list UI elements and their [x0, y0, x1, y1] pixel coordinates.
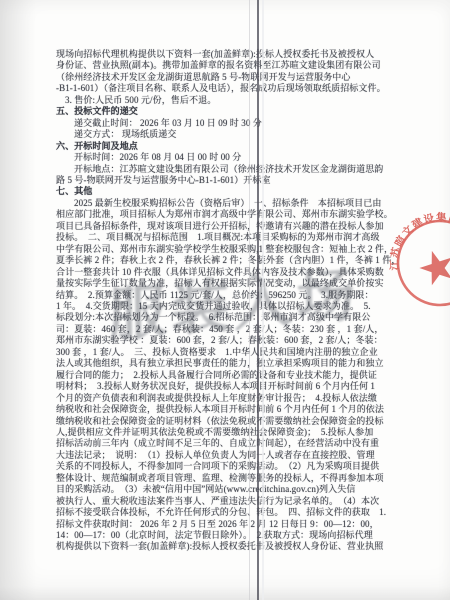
text-line: 机构提供以下资料一套(加盖鲜章):投标人授权委托书及被授权人身份证、营业执照: [56, 541, 424, 552]
text-line: 整体设计、规范编制或者项目管理、监理、检测等服务的投标人，不得再参加本项: [56, 473, 424, 484]
text-line: 相应部门批准，项目招标人为郑州市润才高级中学有限公司、郑州市东湖实验学校。: [56, 209, 424, 220]
text-line: 开标地点：江苏暄文建设集团有限公司（徐州经济技术开发区金龙湖街道思韵: [56, 164, 424, 175]
page-edge-shading-bottom: [0, 586, 450, 600]
text-line: 量按实际学生征订数量为准，招标人有权根据实际情况变动，以最终成交单价按实: [56, 278, 424, 289]
text-line: （徐州经济技术开发区金龙湖街道思航路 5 号-物联网开发与运营服务中心: [56, 72, 424, 83]
text-line: 项目已具备招标条件，现对该项目进行公开招标，特邀请有兴趣的潜在投标人参加: [56, 221, 424, 232]
text-line: 结算。 2.预算金额：人民币 1125 元/套/人，总价约：596250 元。 …: [56, 290, 424, 301]
text-line: 六、开标时间及地点: [56, 141, 424, 152]
text-line: 法人或其他组织，具有独立承担民事责任的能力，独立承担采购项目的能力和独立: [56, 358, 424, 369]
text-line: 夏季长裤 2 件；春秋上衣 2 件，春秋长裤 2 件；冬装外套（含内胆）1 件，…: [56, 255, 424, 266]
text-line: 1 年。 4.交货期限：15 天内完成交货并通过验收，具体以招标人要求为准。 5…: [56, 301, 424, 312]
text-line: 递交方式： 现场纸质递交: [56, 129, 424, 140]
text-line: 大违法记录； 说明： （1）投标人单位负责人为同一人或者存在直接控股、管理: [56, 450, 424, 461]
text-line: 五、投标文件的递交: [56, 106, 424, 117]
text-line: 开标时间：2026 年 08 月 04 日 00 时 00 分: [56, 152, 424, 163]
text-line: -B1-1-601）（备注项目名称、联系人及电话），报名成功后现场领取纸质招标文…: [56, 83, 424, 94]
page-edge-shading-left: [0, 0, 36, 600]
text-line: 身份证、营业执照(副本)。携带加盖鲜章的报名资料至江苏暄文建设集团有限公司: [56, 60, 424, 71]
text-line: 招标文件获取时间： 2026 年 2 月 5 日至 2026 年 2 月 12 …: [56, 519, 424, 530]
text-line: 司：夏装：460 套，2 套/人；春秋装：450 套 ，2 套/人；冬装：230…: [56, 324, 424, 335]
text-line: 关系的不同投标人，不得参加同一合同项下的采购活动。 （2）凡为采购项目提供: [56, 461, 424, 472]
text-line: 300 套 ，1 套/人。 三、投标人资格要求 1.中华人民共和国境内注册的独立…: [56, 347, 424, 358]
text-line: 递交截止时间： 2026 年 03 月 10 日 09 时 30 分: [56, 118, 424, 129]
text-line: 路 5 号-物联网开发与运营服务中心-B1-1-601）开标室: [56, 175, 424, 186]
text-line: 合计一整套共计 10 件衣服（具体详见招标文件具体内容及技术参数），具体采购数: [56, 267, 424, 278]
text-line: 明材料； 3.投标人财务状况良好，提供投标人本项目开标时间前 6 个月内任何 1: [56, 381, 424, 392]
text-line: 履行合同的能力； 2.投标人具备履行合同所必需的设备和专业技术能力，提供证: [56, 370, 424, 381]
text-line: 七、其他: [56, 186, 424, 197]
text-line: 郑州市东湖实验学校 ：夏装：600 套，2 套/人；春秋装：600 套，2 套/…: [56, 335, 424, 346]
text-line: 人,提供相应文件并证明其依法免税或不需要缴纳社会保障资金)； 5.投标人参加: [56, 427, 424, 438]
text-line: 个月的资产负债表和利润表或提供投标人上年度财务审计报告； 4.投标人依法缴: [56, 393, 424, 404]
text-line: 招标活动前三年内（成立时间不足三年的、自成立时间起），在经营活动中没有重: [56, 438, 424, 449]
text-line: 投标。 二、项目概况与招标范围 1.项目概况:本项目采购标的为郑州市润才高级: [56, 232, 424, 243]
text-line: 2025 最新生校服采购招标公告（资格后审） 一、招标条件 本招标项目已由: [56, 198, 424, 209]
text-line: 目的采购活动。 （3）未被“信用中国”网站(www.creditchina.go…: [56, 484, 424, 495]
scanned-document-page: 服装入场 现场向招标代理机构提供以下资料一套(加盖鲜章):投标人授权委托书及被授…: [0, 0, 450, 600]
text-line: 3. 售价:人民币 500 元/份，售后不退。: [56, 95, 424, 106]
text-line: 中学有限公司、郑州市东湖实验学校学生校服采购,1 整套校服包含：短袖上衣 2 件…: [56, 244, 424, 255]
text-line: 14：00—17：00（北京时间，法定节假日除外）。 2.获取方式：现场向招标代…: [56, 530, 424, 541]
document-body: 现场向招标代理机构提供以下资料一套(加盖鲜章):投标人授权委托书及被授权人身份证…: [56, 49, 424, 553]
text-line: 纳税收和社会保障资金，提供投标人本项目开标时间前 6 个月内任何 1 个月的依法: [56, 404, 424, 415]
text-line: 被执行人、重大税收违法案件当事人、严重违法失信行为记录名单的。 （4）本次: [56, 496, 424, 507]
text-line: 现场向招标代理机构提供以下资料一套(加盖鲜章):投标人授权委托书及被授权人: [56, 49, 424, 60]
text-line: 招标不接受联合体投标，不允许任何形式的分包、转包。 四、招标文件的获取 1.: [56, 507, 424, 518]
text-line: 标段划分:本次招标划分为一个标段。 6.招标范围：郑州市润才高级中学有限公: [56, 312, 424, 323]
text-line: 缴纳税收和社会保障资金的证明材料（依法免税或不需要缴纳社会保障资金的投标: [56, 416, 424, 427]
